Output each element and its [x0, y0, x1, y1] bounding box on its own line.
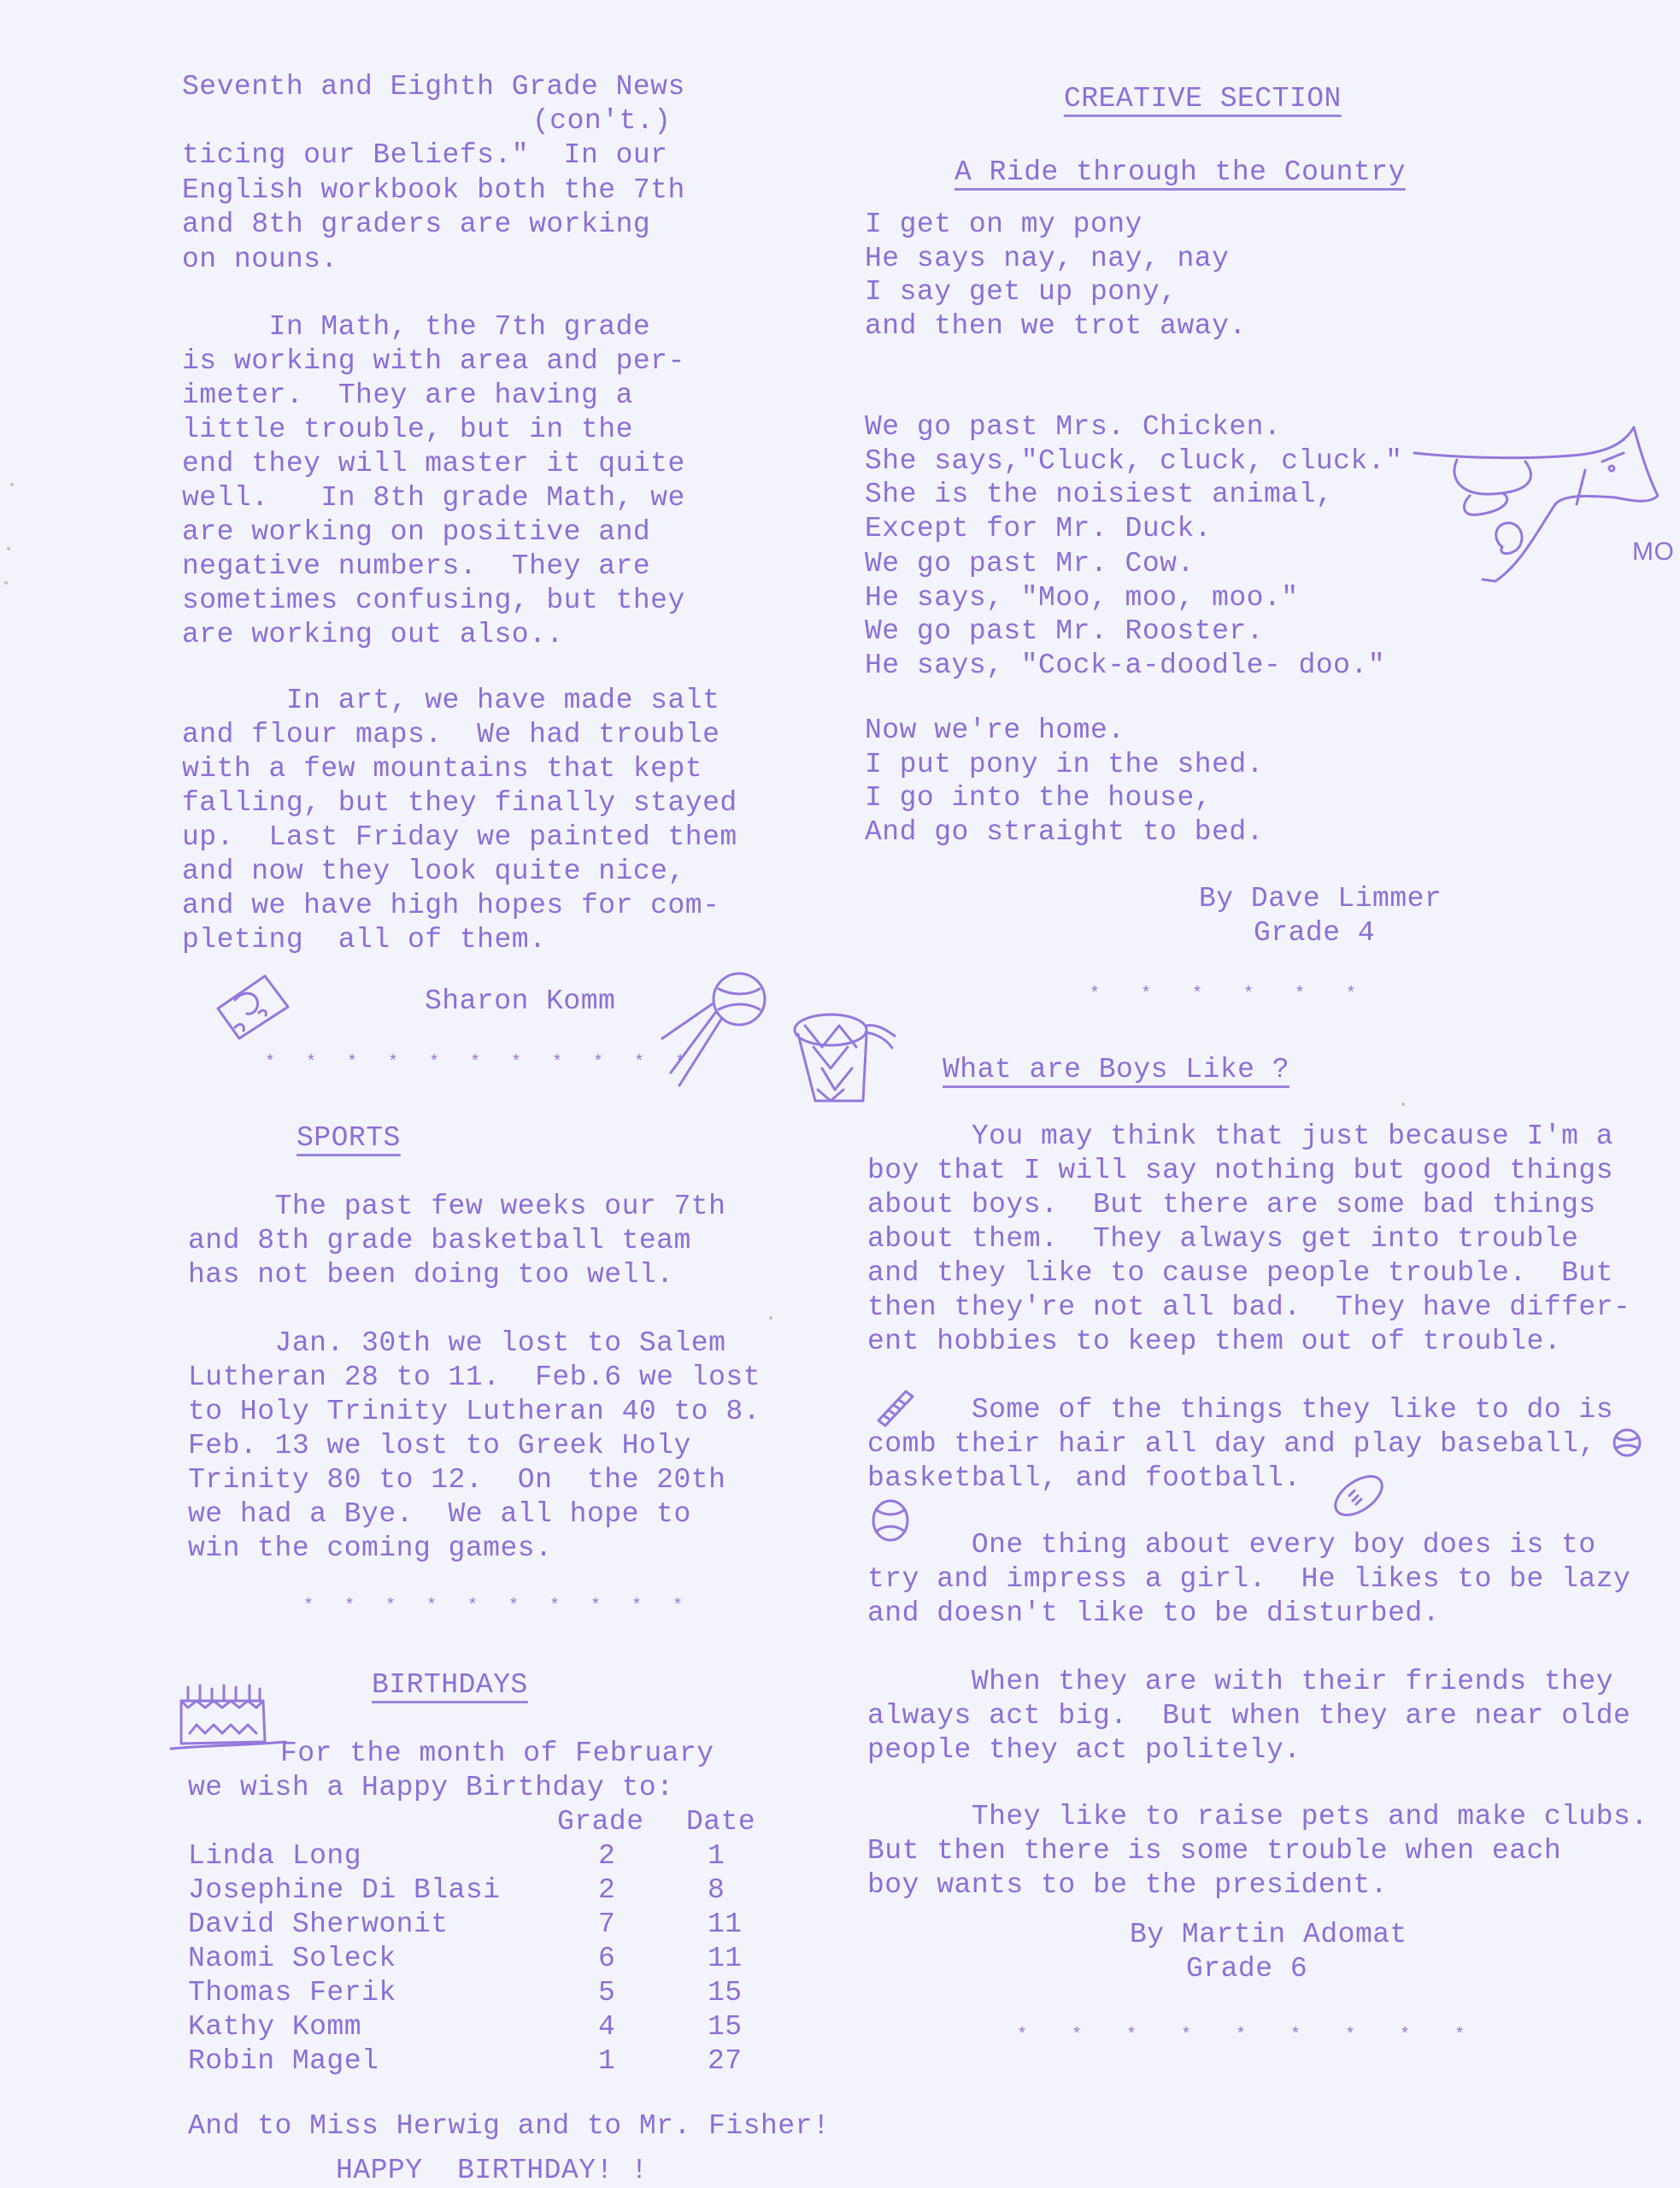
paper-speck — [10, 483, 14, 486]
text-line: You may think that just because I'm a — [867, 1120, 1613, 1154]
text-line: on nouns. — [182, 243, 338, 277]
text-line: end they will master it quite — [182, 447, 685, 481]
text-line: They like to raise pets and make clubs. — [867, 1800, 1648, 1834]
flag-doodle-icon — [209, 966, 295, 1043]
poem-line: Except for Mr. Duck. — [865, 512, 1212, 546]
essay-title: What are Boys Like ? — [943, 1053, 1289, 1087]
birthday-grade: 2 — [598, 1839, 615, 1873]
poem-author-grade: Grade 4 — [1254, 916, 1375, 950]
poem-title: A Ride through the Country — [955, 156, 1406, 190]
text-line: Jan. 30th we lost to Salem — [188, 1326, 725, 1361]
text-line: But then there is some trouble when each — [867, 1834, 1561, 1868]
text-line: and they like to cause people trouble. B… — [867, 1256, 1613, 1291]
poem-line: He says, "Cock-a-doodle- doo." — [865, 649, 1385, 683]
text-line: we had a Bye. We all hope to — [188, 1497, 691, 1532]
text-line: Feb. 13 we lost to Greek Holy — [188, 1429, 691, 1463]
section-divider: * * * * * * * * * * — [303, 1597, 686, 1616]
paper-speck — [1401, 1103, 1405, 1106]
text-line: win the coming games. — [188, 1532, 552, 1566]
poem-line: He says nay, nay, nay — [865, 242, 1229, 276]
birthdays-col-grade: Grade — [557, 1805, 644, 1839]
birthday-date: 11 — [708, 1908, 743, 1942]
text-line: and now they look quite nice, — [182, 855, 685, 889]
text-line: and 8th grade basketball team — [188, 1224, 691, 1258]
birthday-name: Thomas Ferik — [188, 1976, 397, 2010]
text-line: negative numbers. They are — [182, 550, 650, 584]
birthday-cake-doodle-icon — [171, 1682, 286, 1759]
creative-section-heading: CREATIVE SECTION — [1064, 82, 1342, 116]
text-line: little trouble, but in the — [182, 413, 633, 447]
birthdays-intro-1: For the month of February — [280, 1737, 714, 1771]
text-line: Some of the things they like to do is — [867, 1393, 1613, 1427]
text-line: with a few mountains that kept — [182, 752, 702, 786]
birthday-date: 1 — [708, 1839, 725, 1873]
birthday-name: Naomi Soleck — [188, 1942, 397, 1976]
birthday-date: 15 — [708, 1976, 743, 2010]
cow-moo-caption: MO — [1632, 535, 1674, 569]
text-line: boy wants to be the president. — [867, 1868, 1388, 1903]
text-line: to Holy Trinity Lutheran 40 to 8. — [188, 1395, 761, 1429]
text-line: and flour maps. We had trouble — [182, 718, 720, 752]
poem-line: We go past Mrs. Chicken. — [865, 410, 1281, 444]
text-line: The past few weeks our 7th — [188, 1190, 725, 1224]
continued-marker: (con't.) — [532, 104, 671, 138]
birthdays-col-date: Date — [686, 1805, 755, 1839]
text-line: about them. They always get into trouble — [867, 1222, 1578, 1256]
birthday-name: David Sherwonit — [188, 1908, 449, 1942]
text-line: is working with area and per- — [182, 344, 685, 379]
text-line: boy that I will say nothing but good thi… — [867, 1154, 1613, 1188]
text-line: One thing about every boy does is to — [867, 1528, 1596, 1562]
text-line: falling, but they finally stayed — [182, 786, 737, 820]
birthday-grade: 4 — [598, 2010, 615, 2044]
birthday-grade: 7 — [598, 1908, 615, 1942]
text-line: sometimes confusing, but they — [182, 584, 685, 618]
text-line: Lutheran 28 to 11. Feb.6 we lost — [188, 1361, 761, 1395]
birthday-name: Linda Long — [188, 1839, 361, 1873]
text-line: When they are with their friends they — [867, 1665, 1613, 1699]
text-line: well. In 8th grade Math, we — [182, 481, 685, 515]
happy-birthday-line: HAPPY BIRTHDAY! ! — [336, 2154, 648, 2188]
poem-line: And go straight to bed. — [865, 815, 1264, 850]
text-line: In art, we have made salt — [182, 684, 720, 718]
birthday-grade: 5 — [598, 1976, 615, 2010]
essay-author-grade: Grade 6 — [1186, 1952, 1307, 1986]
text-line: ent hobbies to keep them out of trouble. — [867, 1325, 1561, 1359]
paper-speck — [4, 581, 8, 585]
birthdays-heading: BIRTHDAYS — [372, 1668, 528, 1703]
poem-line: We go past Mr. Rooster. — [865, 615, 1264, 649]
birthday-grade: 2 — [598, 1873, 615, 1908]
text-line: are working on positive and — [182, 515, 650, 550]
birthday-name: Kathy Komm — [188, 2010, 361, 2044]
essay-author: By Martin Adomat — [1130, 1918, 1407, 1952]
poem-line: She is the noisiest animal, — [865, 478, 1333, 512]
football-doodle-icon — [1329, 1470, 1389, 1521]
birthday-date: 8 — [708, 1873, 725, 1908]
section-divider: * * * * * * — [1090, 985, 1363, 1004]
poem-line: She says,"Cluck, cluck, cluck." — [865, 444, 1402, 479]
birthday-date: 15 — [708, 2010, 743, 2044]
poem-line: He says, "Moo, moo, moo." — [865, 581, 1299, 615]
text-line: comb their hair all day and play basebal… — [867, 1427, 1596, 1462]
cow-doodle-icon — [1410, 419, 1666, 590]
text-line: imeter. They are having a — [182, 379, 633, 413]
text-line: always act big. But when they are near o… — [867, 1699, 1630, 1733]
poem-line: I put pony in the shed. — [865, 748, 1264, 782]
text-line: and 8th graders are working — [182, 208, 650, 242]
poem-line: I get on my pony — [865, 208, 1143, 242]
basketball-hoop-doodle-icon — [788, 1009, 916, 1111]
text-line: are working out also.. — [182, 618, 564, 652]
sports-heading: SPORTS — [297, 1121, 401, 1156]
text-line: basketball, and football. — [867, 1462, 1301, 1496]
text-line: and doesn't like to be disturbed. — [867, 1597, 1440, 1631]
poem-line: We go past Mr. Cow. — [865, 547, 1195, 581]
text-line: pleting all of them. — [182, 923, 546, 957]
poem-author: By Dave Limmer — [1199, 882, 1442, 916]
birthdays-closing: And to Miss Herwig and to Mr. Fisher! — [188, 2109, 830, 2144]
comb-doodle-icon — [873, 1386, 916, 1429]
section-divider: * * * * * * * * * — [1017, 2026, 1468, 2045]
section-divider: * * * * * * * * * * * — [265, 1053, 689, 1073]
birthdays-intro-2: we wish a Happy Birthday to: — [188, 1771, 674, 1805]
grade-news-byline: Sharon Komm — [425, 985, 615, 1019]
birthday-name: Robin Magel — [188, 2044, 379, 2079]
birthday-grade: 6 — [598, 1942, 615, 1976]
text-line: English workbook both the 7th — [182, 174, 685, 208]
text-line: then they're not all bad. They have diff… — [867, 1291, 1630, 1325]
text-line: try and impress a girl. He likes to be l… — [867, 1562, 1630, 1597]
baseball-doodle-icon — [869, 1497, 912, 1544]
text-line: about boys. But there are some bad thing… — [867, 1188, 1596, 1222]
baseball-doodle-icon — [1612, 1427, 1642, 1458]
poem-line: I say get up pony, — [865, 275, 1177, 309]
birthday-name: Josephine Di Blasi — [188, 1873, 500, 1908]
birthday-grade: 1 — [598, 2044, 615, 2079]
text-line: has not been doing too well. — [188, 1258, 674, 1292]
text-line: ticing our Beliefs." In our — [182, 138, 668, 173]
paper-speck — [7, 547, 10, 550]
text-line: Trinity 80 to 12. On the 20th — [188, 1463, 725, 1497]
text-line: In Math, the 7th grade — [182, 310, 650, 344]
poem-line: and then we trot away. — [865, 309, 1247, 344]
paper-speck — [769, 1316, 772, 1320]
birthday-date: 11 — [708, 1942, 743, 1976]
text-line: and we have high hopes for com- — [182, 889, 720, 923]
continued-header: Seventh and Eighth Grade News — [182, 70, 685, 104]
poem-line: I go into the house, — [865, 781, 1212, 815]
text-line: people they act politely. — [867, 1733, 1301, 1767]
birthday-date: 27 — [708, 2044, 743, 2079]
text-line: up. Last Friday we painted them — [182, 820, 737, 855]
poem-line: Now we're home. — [865, 714, 1125, 748]
